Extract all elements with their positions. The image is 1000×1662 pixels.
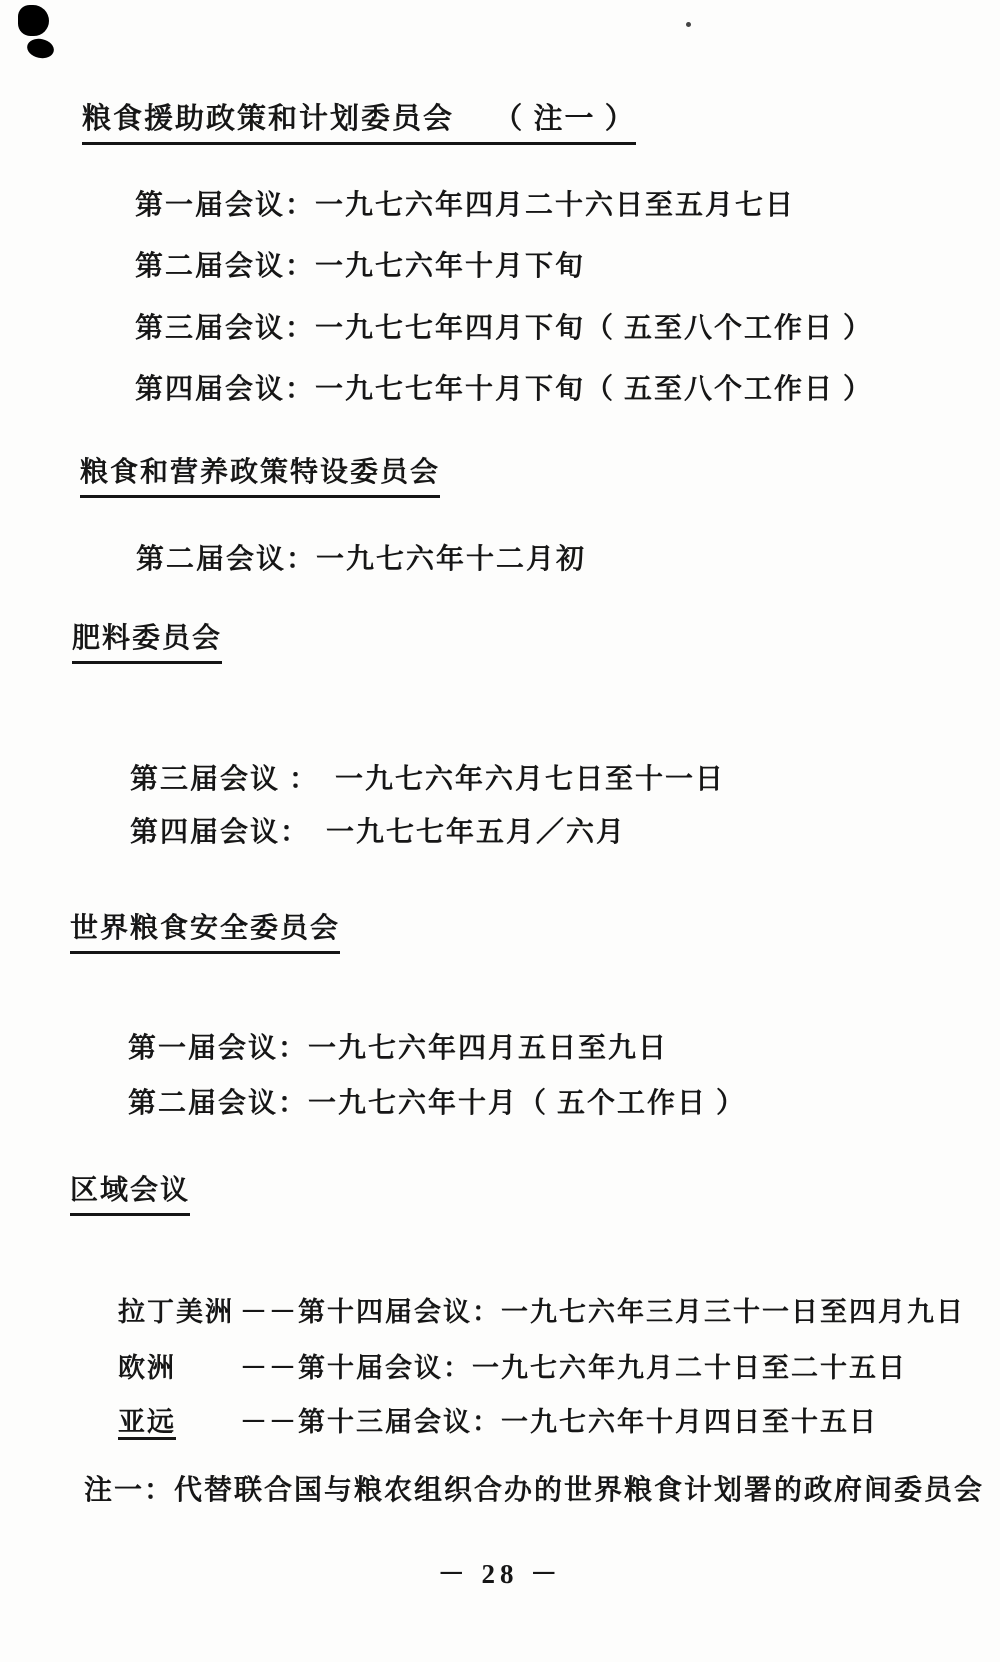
regional-meeting-line: 欧洲－－第十届会议：一九七六年九月二十日至二十五日 xyxy=(118,1346,907,1385)
region-name-asia-far-east: 亚远 xyxy=(118,1400,240,1439)
regional-meeting-detail: －－第十三届会议：一九七六年十月四日至十五日 xyxy=(240,1407,878,1437)
meeting-line: 第三届会议 ： 一九七六年六月七日至十一日 xyxy=(130,757,725,797)
meeting-line: 第三届会议：一九七七年四月下旬（ 五至八个工作日 ） xyxy=(135,306,873,346)
meeting-line: 第二届会议：一九七六年十月（ 五个工作日 ） xyxy=(128,1081,746,1121)
footnote: 注一：代替联合国与粮农组织合办的世界粮食计划署的政府间委员会 xyxy=(84,1468,984,1508)
meeting-line: 第一届会议：一九七六年四月二十六日至五月七日 xyxy=(135,183,795,223)
regional-meeting-detail: －－第十四届会议：一九七六年三月三十一日至四月九日 xyxy=(240,1297,965,1327)
meeting-line: 第四届会议： 一九七七年五月／六月 xyxy=(130,810,626,850)
meeting-line: 第一届会议：一九七六年四月五日至九日 xyxy=(128,1026,668,1066)
heading-text: 粮食援助政策和计划委员会 xyxy=(82,103,454,135)
meeting-line: 第二届会议：一九七六年十二月初 xyxy=(136,537,586,577)
section-heading-food-aid-committee: 粮食援助政策和计划委员会 （ 注一 ） xyxy=(82,96,636,145)
region-name-latin-america: 拉丁美洲 xyxy=(118,1290,240,1329)
scan-speck xyxy=(686,22,691,27)
section-heading-world-food-security-committee: 世界粮食安全委员会 xyxy=(70,906,340,954)
heading-note-ref: （ 注一 ） xyxy=(493,103,636,135)
scan-ink-blob xyxy=(25,36,55,60)
section-heading-food-nutrition-committee: 粮食和营养政策特设委员会 xyxy=(80,450,440,498)
regional-meeting-line: 拉丁美洲－－第十四届会议：一九七六年三月三十一日至四月九日 xyxy=(118,1290,965,1329)
region-name-europe: 欧洲 xyxy=(118,1346,240,1385)
scanned-document-page: 粮食援助政策和计划委员会 （ 注一 ） 第一届会议：一九七六年四月二十六日至五月… xyxy=(0,0,1000,1662)
page-number: － 28 － xyxy=(0,1552,1000,1591)
meeting-line: 第四届会议：一九七七年十月下旬（ 五至八个工作日 ） xyxy=(135,367,873,407)
scan-ink-blob xyxy=(18,5,49,36)
regional-meeting-line: 亚远－－第十三届会议：一九七六年十月四日至十五日 xyxy=(118,1400,878,1439)
section-heading-fertilizer-committee: 肥料委员会 xyxy=(72,616,222,664)
section-heading-regional-conferences: 区域会议 xyxy=(70,1168,190,1216)
regional-meeting-detail: －－第十届会议：一九七六年九月二十日至二十五日 xyxy=(240,1353,907,1383)
meeting-line: 第二届会议：一九七六年十月下旬 xyxy=(135,244,585,284)
